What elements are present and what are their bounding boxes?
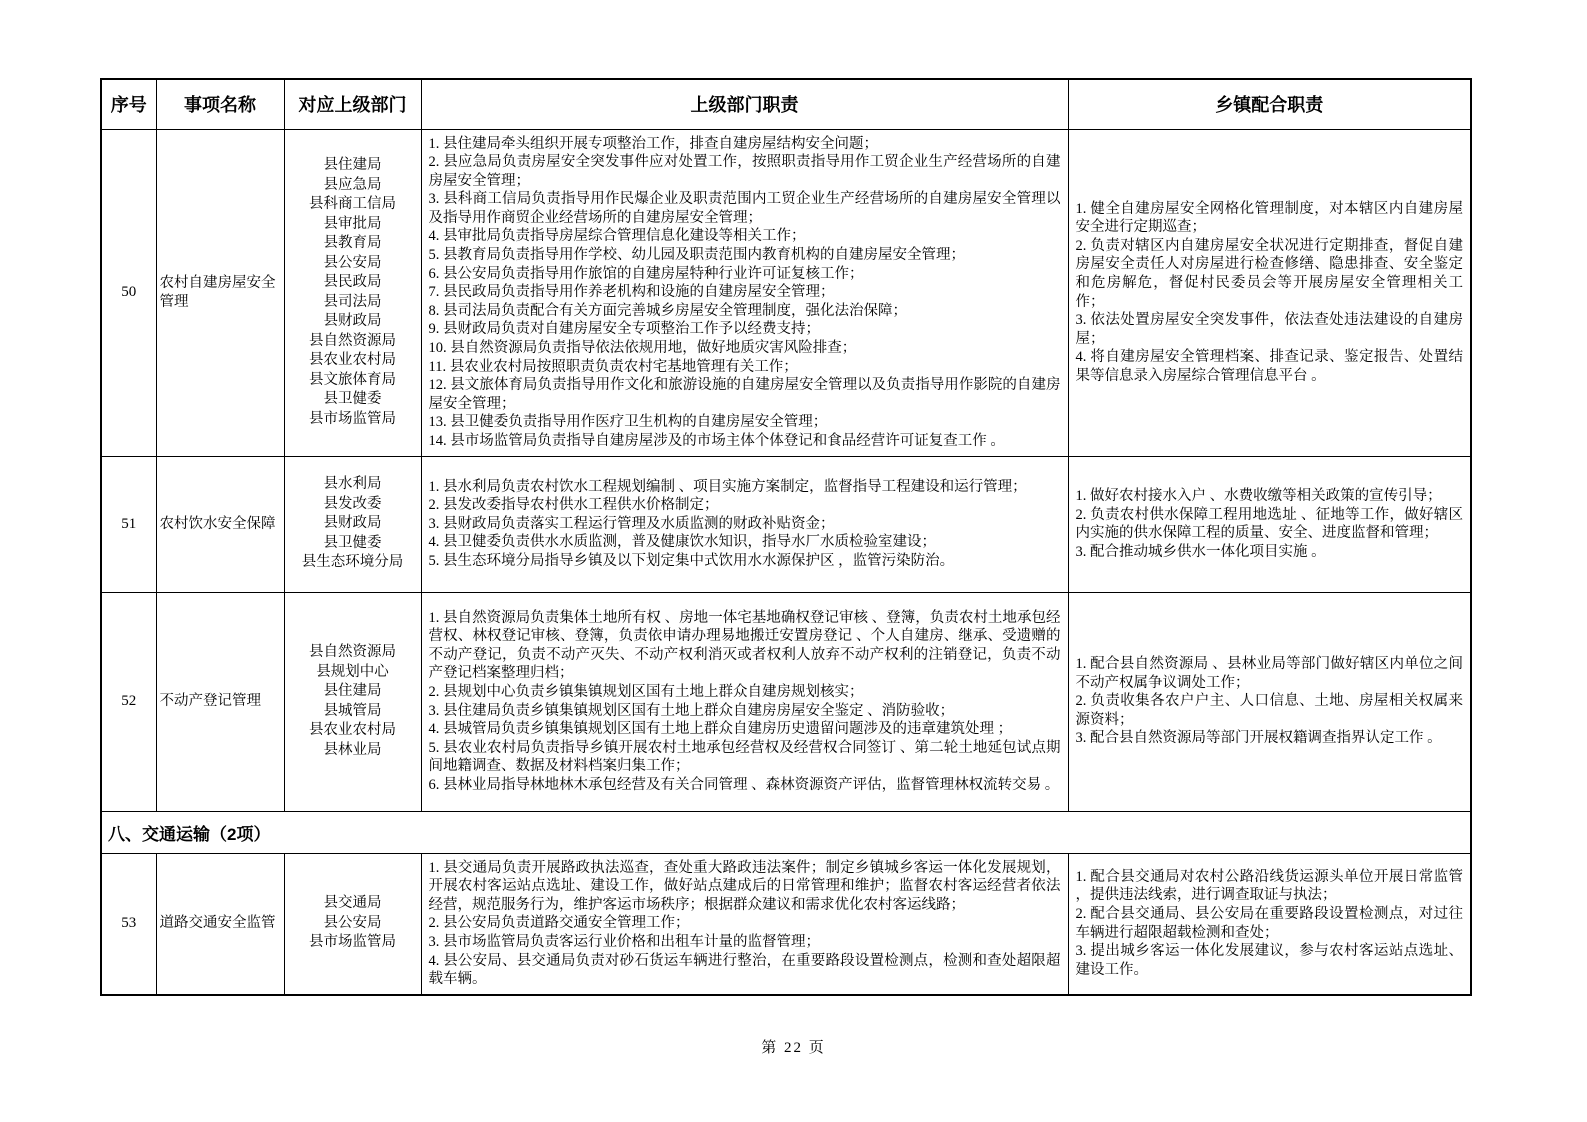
responsibility-table: 序号 事项名称 对应上级部门 上级部门职责 乡镇配合职责 50 农村自建房屋安全… [100, 78, 1472, 996]
table-row: 51 农村饮水安全保障 县水利局 县发改委 县财政局 县卫健委 县生态环境分局 … [101, 456, 1471, 592]
superior-departments: 县住建局 县应急局 县科商工信局 县审批局 县教育局 县公安局 县民政局 县司法… [284, 129, 421, 456]
table-row: 52 不动产登记管理 县自然资源局 县规划中心 县住建局 县城管局 县农业农村局… [101, 592, 1471, 811]
item-name: 不动产登记管理 [156, 592, 284, 811]
serial-number: 51 [101, 456, 156, 592]
table-row: 50 农村自建房屋安全管理 县住建局 县应急局 县科商工信局 县审批局 县教育局… [101, 129, 1471, 456]
serial-number: 53 [101, 853, 156, 995]
superior-departments: 县水利局 县发改委 县财政局 县卫健委 县生态环境分局 [284, 456, 421, 592]
township-duties: 1. 配合县交通局对农村公路沿线货运源头单位开展日常监管 ，提供违法线索，进行调… [1068, 853, 1471, 995]
table-row: 53 道路交通安全监管 县交通局 县公安局 县市场监管局 1. 县交通局负责开展… [101, 853, 1471, 995]
superior-departments: 县交通局 县公安局 县市场监管局 [284, 853, 421, 995]
item-name: 道路交通安全监管 [156, 853, 284, 995]
superior-duties: 1. 县住建局牵头组织开展专项整治工作，排查自建房屋结构安全问题； 2. 县应急… [421, 129, 1068, 456]
township-duties: 1. 配合县自然资源局 、县林业局等部门做好辖区内单位之间不动产权属争议调处工作… [1068, 592, 1471, 811]
page-number: 第 22 页 [0, 1036, 1587, 1057]
table-header-row: 序号 事项名称 对应上级部门 上级部门职责 乡镇配合职责 [101, 79, 1471, 129]
serial-number: 50 [101, 129, 156, 456]
superior-duties: 1. 县自然资源局负责集体土地所有权 、房地一体宅基地确权登记审核 、登簿，负责… [421, 592, 1068, 811]
header-township-duties: 乡镇配合职责 [1068, 79, 1471, 129]
item-name: 农村自建房屋安全管理 [156, 129, 284, 456]
header-superior-duties: 上级部门职责 [421, 79, 1068, 129]
header-superior-department: 对应上级部门 [284, 79, 421, 129]
serial-number: 52 [101, 592, 156, 811]
header-item-name: 事项名称 [156, 79, 284, 129]
superior-duties: 1. 县水利局负责农村饮水工程规划编制 、项目实施方案制定，监督指导工程建设和运… [421, 456, 1068, 592]
section-header-row: 八、交通运输（2项） [101, 811, 1471, 853]
township-duties: 1. 做好农村接水入户 、水费收缴等相关政策的宣传引导； 2. 负责农村供水保障… [1068, 456, 1471, 592]
superior-duties: 1. 县交通局负责开展路政执法巡查，查处重大路政违法案件；制定乡镇城乡客运一体化… [421, 853, 1068, 995]
document-page: 序号 事项名称 对应上级部门 上级部门职责 乡镇配合职责 50 农村自建房屋安全… [0, 0, 1587, 1122]
superior-departments: 县自然资源局 县规划中心 县住建局 县城管局 县农业农村局 县林业局 [284, 592, 421, 811]
section-header-label: 八、交通运输（2项） [101, 811, 1471, 853]
header-serial-number: 序号 [101, 79, 156, 129]
township-duties: 1. 健全自建房屋安全网格化管理制度，对本辖区内自建房屋安全进行定期巡查； 2.… [1068, 129, 1471, 456]
item-name: 农村饮水安全保障 [156, 456, 284, 592]
